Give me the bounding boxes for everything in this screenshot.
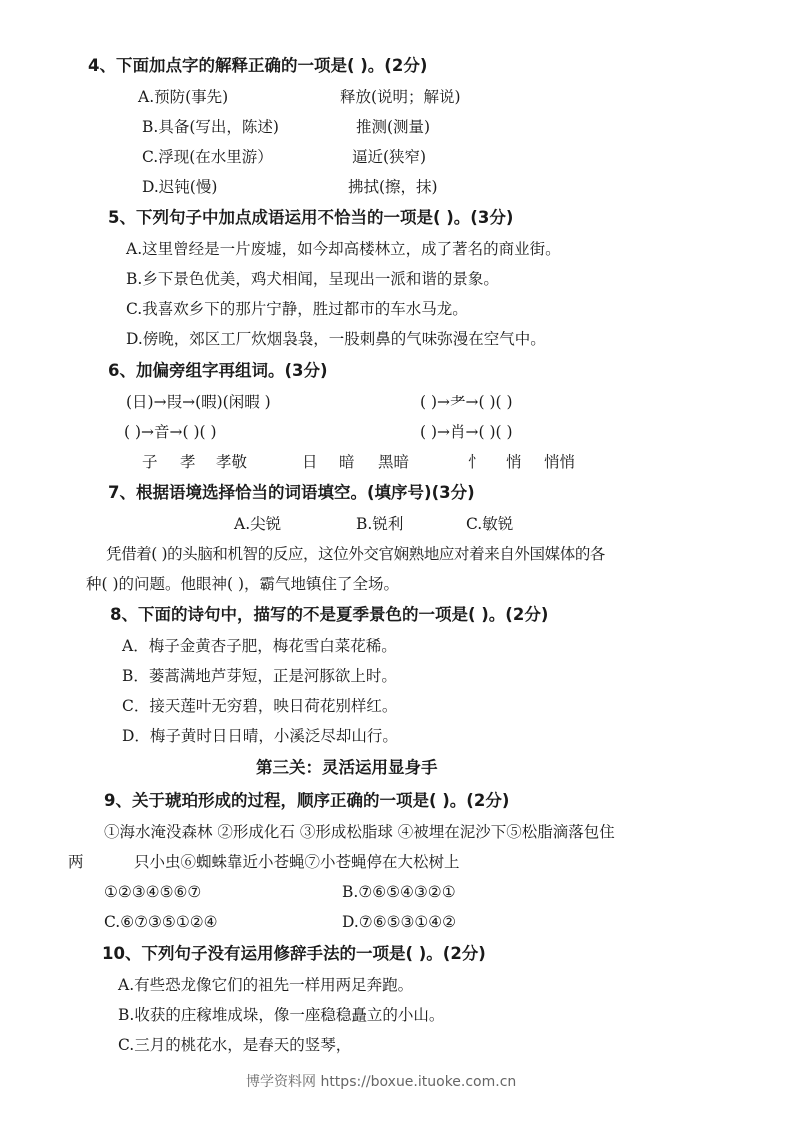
q9-option-c: C.⑥⑦③⑤①②④: [104, 912, 218, 932]
q5-option-b: B.乡下景色优美，鸡犬相闻，呈现出一派和谐的景象。: [126, 269, 499, 289]
q9-steps-line-1: ①海水淹没森林 ②形成化石 ③形成松脂球 ④被埋在泥沙下⑤松脂滴落包住: [104, 822, 615, 842]
q5-option-a: A.这里曾经是一片废墟，如今却高楼林立，成了著名的商业街。: [126, 239, 561, 259]
q7-passage-line-2: 种( )的问题。他眼神( )，霸气地镇住了全场。: [86, 574, 399, 594]
q6-example-5: 暗: [339, 452, 355, 472]
q6-row-1-right: ( )→耂→( )( ): [420, 392, 513, 412]
q4-option-a-right: 释放(说明；解说): [340, 87, 461, 107]
q7-choice-a: A.尖锐: [234, 514, 281, 534]
q8-option-b: B．蒌蒿满地芦芽短，正是河豚欲上时。: [122, 666, 397, 686]
q6-row-2-left: ( )→音→( )( ): [124, 422, 217, 442]
q6-row-2-right: ( )→肖→( )( ): [420, 422, 513, 442]
q9-option-a: ①②③④⑤⑥⑦: [104, 882, 201, 902]
q9-steps-line-2-prefix: 两: [68, 852, 84, 872]
q6-example-1: 子: [142, 452, 158, 472]
q4-option-d-left: D.迟钝(慢): [142, 177, 217, 197]
q6-row-1-left: (日)→叚→(暇)(闲暇 ): [126, 392, 271, 412]
question-6-title: 6、加偏旁组字再组词。(3分): [108, 361, 328, 381]
question-9-title: 9、关于琥珀形成的过程，顺序正确的一项是( )。(2分): [104, 791, 509, 811]
q4-option-a-left: A.预防(事先): [138, 87, 228, 107]
q10-option-c: C.三月的桃花水，是春天的竖琴，: [118, 1035, 351, 1055]
q8-option-c: C．接天莲叶无穷碧，映日荷花别样红。: [122, 696, 397, 716]
q7-choice-b: B.锐利: [356, 514, 403, 534]
q4-option-c-left: C.浮现(在水里游）: [142, 147, 273, 167]
question-7-title: 7、根据语境选择恰当的词语填空。(填序号)(3分): [108, 483, 475, 503]
q10-option-b: B.收获的庄稼堆成垛，像一座稳稳矗立的小山。: [118, 1005, 444, 1025]
q8-option-d: D．梅子黄时日日晴，小溪泛尽却山行。: [122, 726, 398, 746]
q6-example-7: 忄: [468, 452, 484, 472]
question-8-title: 8、下面的诗句中，描写的不是夏季景色的一项是( )。(2分): [110, 605, 548, 625]
q4-option-b-left: B.具备(写出，陈述): [142, 117, 279, 137]
question-4-title: 4、下面加点字的解释正确的一项是( )。(2分): [88, 56, 427, 76]
q5-option-c: C.我喜欢乡下的那片宁静，胜过都市的车水马龙。: [126, 299, 468, 319]
q6-example-3: 孝敬: [216, 452, 247, 472]
q6-example-6: 黑暗: [378, 452, 409, 472]
q5-option-d: D.傍晚，郊区工厂炊烟袅袅，一股刺鼻的气味弥漫在空气中。: [126, 329, 546, 349]
q9-steps-line-2: 只小虫⑥蜘蛛靠近小苍蝇⑦小苍蝇停在大松树上: [134, 852, 460, 872]
q7-passage-line-1: 凭借着( )的头脑和机智的反应，这位外交官娴熟地应对着来自外国媒体的各: [106, 544, 605, 564]
q4-option-d-right: 拂拭(擦，抹): [348, 177, 438, 197]
q9-option-d: D.⑦⑥⑤③①④②: [342, 912, 456, 932]
q4-option-c-right: 逼近(狭窄): [352, 147, 426, 167]
q9-option-b: B.⑦⑥⑤④③②①: [342, 882, 456, 902]
q7-choice-c: C.敏锐: [466, 514, 513, 534]
q6-example-8: 悄: [506, 452, 522, 472]
q10-option-a: A.有些恐龙像它们的祖先一样用两足奔跑。: [118, 975, 413, 995]
q6-example-4: 日: [302, 452, 318, 472]
question-10-title: 10、下列句子没有运用修辞手法的一项是( )。(2分): [102, 944, 486, 964]
q8-option-a: A．梅子金黄杏子肥，梅花雪白菜花稀。: [122, 636, 397, 656]
footer-watermark-link[interactable]: 博学资料网 https://boxue.ituoke.com.cn: [246, 1071, 516, 1091]
section-3-heading: 第三关：灵活运用显身手: [256, 758, 438, 778]
q4-option-b-right: 推测(测量): [356, 117, 430, 137]
q6-example-9: 悄悄: [544, 452, 575, 472]
question-5-title: 5、下列句子中加点成语运用不恰当的一项是( )。(3分): [108, 208, 513, 228]
q6-example-2: 孝: [180, 452, 196, 472]
